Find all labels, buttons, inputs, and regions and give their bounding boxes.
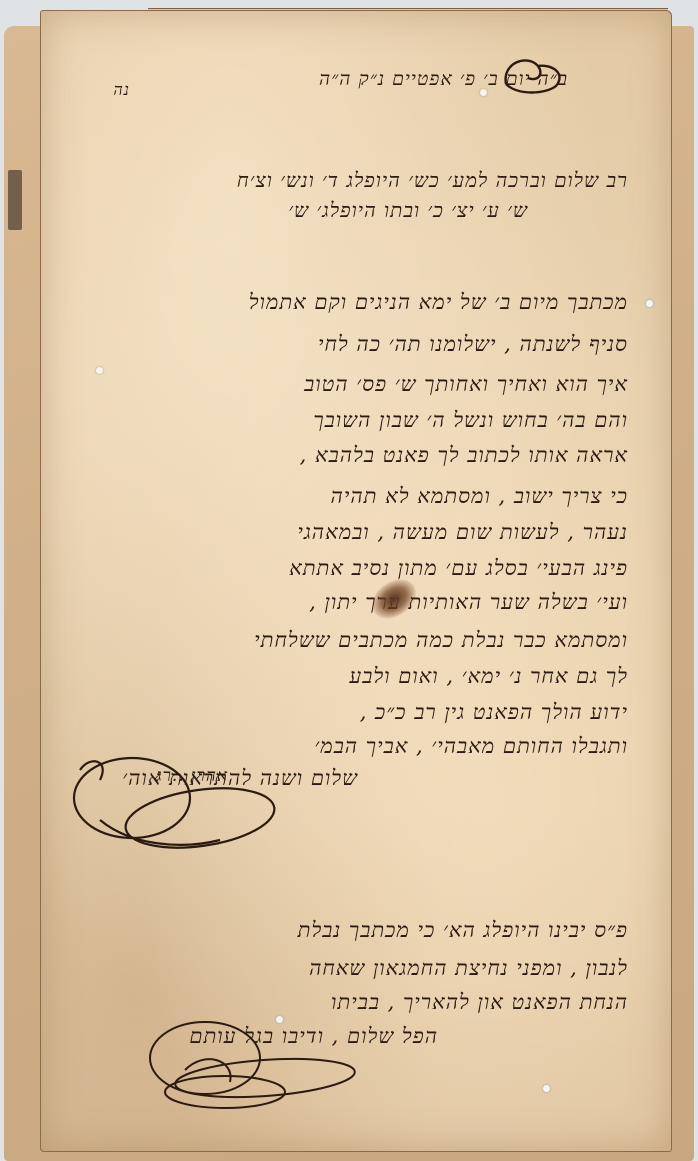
paper-speck [543,1085,550,1092]
salutation-line-1: רב שלום וברכה למע׳ כש׳ היופלג ד׳ ונש׳ וצ… [237,168,628,193]
postscript-line: פ״ס יבינו היופלג הא׳ כי מכתבך נבלת [298,918,628,943]
body-line: ומסתמא כבר נבלת כמה מכתבים ששלחתי [254,628,628,653]
header-flourish-icon [498,52,568,102]
signature-flourish-2-icon [145,1020,360,1115]
signature-flourish-1-icon [70,750,280,860]
postscript-line: הנחת הפאנט און להאריך , בביתו [331,990,628,1015]
binding-remnant [8,170,22,230]
body-line: פינג הבעי׳ בסלג עם׳ מתון נסיב אתתא [289,556,628,581]
salutation-line-2: ש׳ ע׳ יצ׳ כ׳ ובתו היופלג׳ ש׳ [288,198,528,223]
body-line: ותגבלו החותם מאבהי׳ , אביך הבמ׳ [314,734,628,759]
paper-speck [646,300,653,307]
body-line: כי צריך ישוב , ומסתמא לא תהיה [331,484,628,509]
body-line: לך גם אחר נ׳ ימא׳ , ואום ולבע [349,664,628,689]
body-line: נעהר , לעשות שום מעשה , ובמאהגי [297,520,628,545]
paper-speck [276,1016,283,1023]
body-line: סניף לשנתה , ישלומנו תה׳ כה לחי [318,332,628,357]
body-line: אראה אותו לכתוב לך פאנט בלהבא , [300,443,628,468]
paper-speck [96,367,103,374]
body-line: מכתבך מיום ב׳ של ימא הניגים וקם אתמול [249,290,628,315]
margin-note: נה [113,80,130,100]
postscript-line: לנבון , ומפני נחיצת החמגאון שאחה [309,956,628,981]
body-line: והם בה׳ בחוש ונשל ה׳ שבון השובך [313,408,628,433]
body-line: איך הוא ואחיך ואחותך ש׳ פס׳ הטוב [304,372,628,397]
body-line: ועי׳ בשלה שער האותיות ערך יתון , [309,590,628,615]
paper-speck [480,89,487,96]
body-line: ידוע הולך הפאנט גין רב כ״כ , [360,700,628,725]
